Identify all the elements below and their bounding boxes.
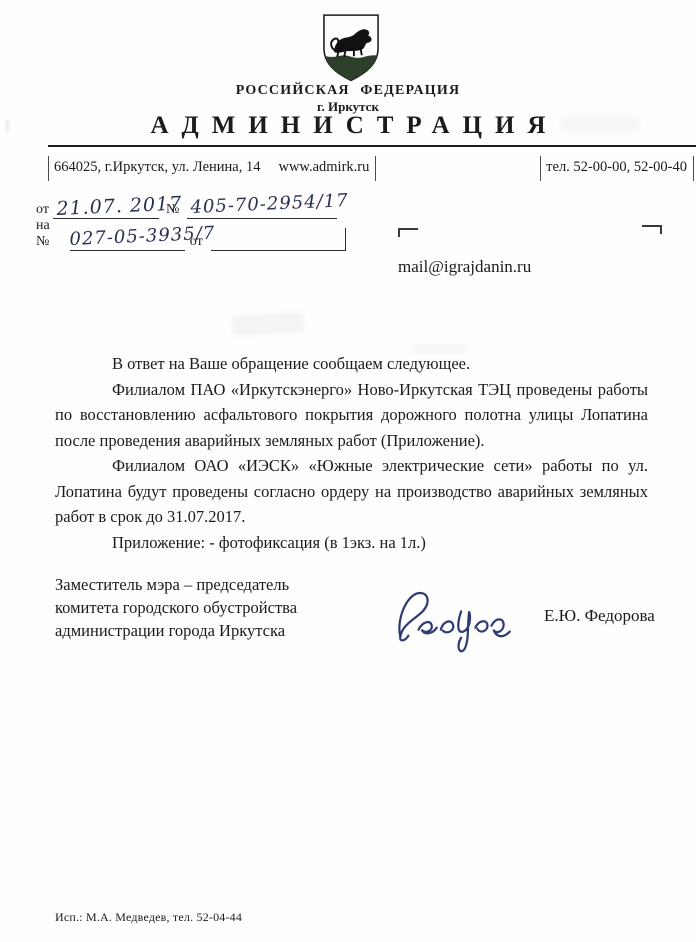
executor-footer: Исп.: М.А. Медведев, тел. 52-04-44: [55, 910, 242, 925]
paragraph: Филиалом ПАО «Иркутскэнерго» Ново-Иркутс…: [55, 377, 648, 454]
outgoing-number-field: 405-70-2954/17: [187, 196, 337, 219]
signature-block: Заместитель мэра – председатель комитета…: [0, 573, 696, 673]
website-text: www.admirk.ru: [278, 159, 369, 175]
incoming-number-field: 027-05-3935/7: [70, 228, 185, 251]
postal-address: 664025, г.Иркутск, ул. Ленина, 14www.adm…: [48, 156, 376, 181]
position-line: администрации города Иркутска: [55, 619, 375, 642]
irkutsk-coat-of-arms-icon: [322, 13, 380, 83]
scan-artifact: [232, 313, 305, 336]
reply-to-label: на №: [36, 218, 70, 251]
letterhead-divider: [48, 145, 696, 148]
reference-block: от 21.07. 2017 № 405-70-2954/17 на № 027…: [36, 192, 346, 251]
paragraph: Приложение: - фотофиксация (в 1экз. на 1…: [55, 530, 648, 556]
position-line: комитета городского обустройства: [55, 596, 375, 619]
signer-name: Е.Ю. Федорова: [544, 606, 655, 626]
handwritten-number: 405-70-2954/17: [190, 190, 349, 218]
position-line: Заместитель мэра – председатель: [55, 573, 375, 596]
scan-artifact: [560, 116, 640, 132]
paragraph: В ответ на Ваше обращение сообщаем следу…: [55, 351, 648, 377]
outgoing-reference-row: от 21.07. 2017 № 405-70-2954/17: [36, 192, 346, 219]
scan-artifact: [412, 344, 466, 354]
incoming-reference-row: на № 027-05-3935/7 от: [36, 224, 346, 251]
addressee-corner-right: [642, 225, 662, 234]
addressee-corner-left: [398, 228, 418, 237]
scan-artifact: [6, 120, 9, 132]
phone-numbers: тел. 52-00-00, 52-00-40: [540, 156, 694, 181]
paragraph: Филиалом ОАО «ИЭСК» «Южные электрические…: [55, 453, 648, 530]
incoming-date-field: [211, 228, 346, 251]
address-text: 664025, г.Иркутск, ул. Ленина, 14: [54, 159, 260, 175]
signer-position: Заместитель мэра – председатель комитета…: [55, 573, 375, 642]
outgoing-date-field: 21.07. 2017: [53, 196, 159, 219]
emblem-green-base: [322, 55, 380, 83]
addressee-email: mail@igrajdanin.ru: [398, 257, 531, 277]
country-title: РОССИЙСКАЯ ФЕДЕРАЦИЯ: [0, 83, 696, 99]
contact-row: 664025, г.Иркутск, ул. Ленина, 14www.adm…: [48, 156, 694, 181]
letter-body: В ответ на Ваше обращение сообщаем следу…: [55, 351, 648, 555]
from-label: от: [36, 202, 53, 219]
handwritten-signature-icon: [388, 581, 520, 657]
scanned-letter-page: РОССИЙСКАЯ ФЕДЕРАЦИЯ г. Иркутск АДМИНИСТ…: [0, 0, 696, 942]
